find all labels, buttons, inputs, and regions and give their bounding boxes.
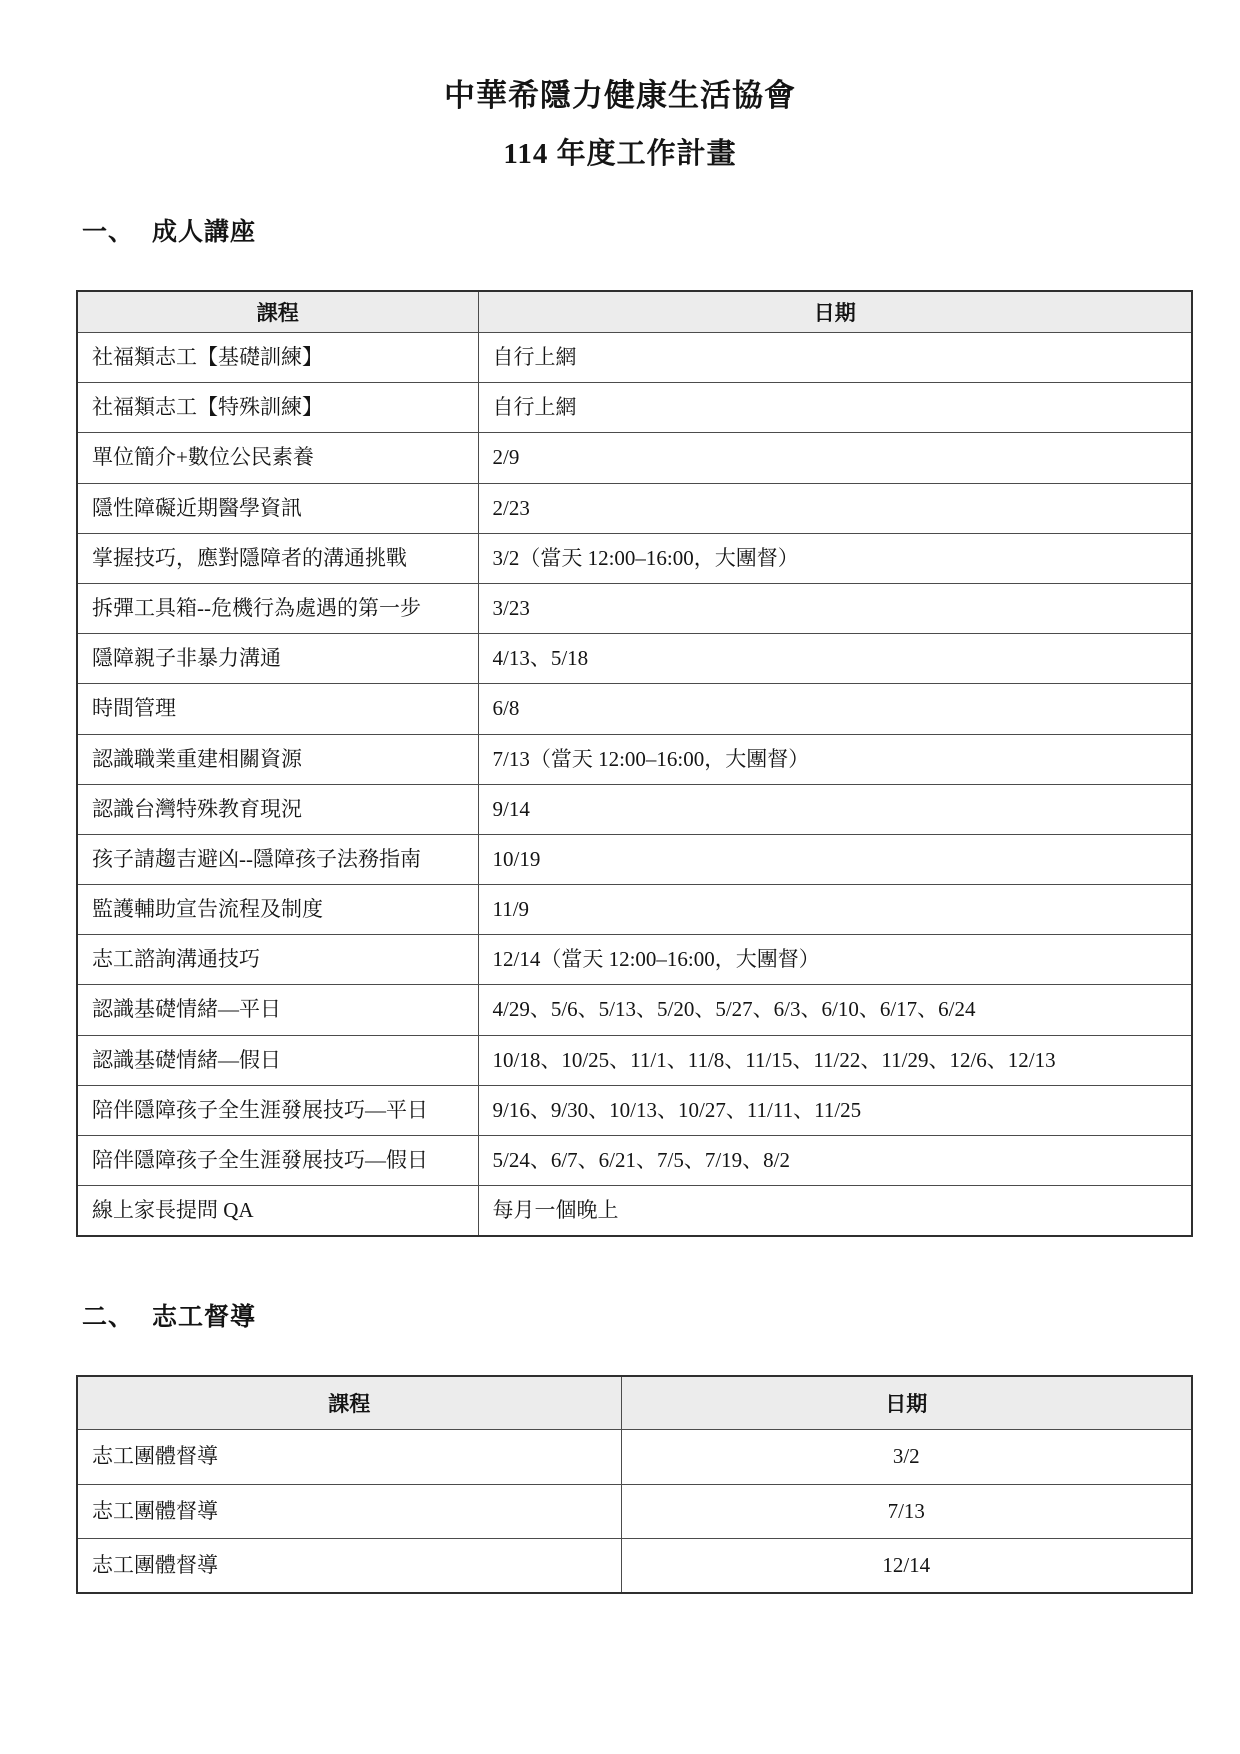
course-cell: 掌握技巧，應對隱障者的溝通挑戰 [77, 533, 478, 583]
table-row: 隱障親子非暴力溝通4/13、5/18 [77, 634, 1192, 684]
section-1-heading: 一、成人講座 [82, 212, 1240, 248]
table-header-row: 課程 日期 [77, 291, 1192, 333]
table-row: 認識職業重建相關資源7/13（當天 12:00–16:00，大團督） [77, 734, 1192, 784]
course-cell: 孩子請趨吉避凶--隱障孩子法務指南 [77, 834, 478, 884]
date-cell: 3/2 [621, 1430, 1192, 1484]
section-1-label: 成人講座 [152, 219, 256, 246]
date-column-header: 日期 [621, 1376, 1192, 1430]
course-cell: 時間管理 [77, 684, 478, 734]
date-cell: 自行上網 [478, 333, 1192, 383]
course-cell: 認識職業重建相關資源 [77, 734, 478, 784]
course-cell: 認識台灣特殊教育現況 [77, 784, 478, 834]
table-row: 單位簡介+數位公民素養2/9 [77, 433, 1192, 483]
date-cell: 12/14（當天 12:00–16:00，大團督） [478, 935, 1192, 985]
table-row: 志工諮詢溝通技巧12/14（當天 12:00–16:00，大團督） [77, 935, 1192, 985]
document-page: 中華希隱力健康生活協會 114 年度工作計畫 一、成人講座 課程 日期 社福類志… [0, 0, 1240, 1754]
course-column-header: 課程 [77, 291, 478, 333]
table-row: 志工團體督導12/14 [77, 1538, 1192, 1593]
date-cell: 10/19 [478, 834, 1192, 884]
table-row: 隱性障礙近期醫學資訊2/23 [77, 483, 1192, 533]
course-cell: 單位簡介+數位公民素養 [77, 433, 478, 483]
date-cell: 6/8 [478, 684, 1192, 734]
date-cell: 5/24、6/7、6/21、7/5、7/19、8/2 [478, 1136, 1192, 1186]
course-cell: 志工團體督導 [77, 1484, 621, 1538]
adult-lectures-table: 課程 日期 社福類志工【基礎訓練】自行上網社福類志工【特殊訓練】自行上網單位簡介… [76, 290, 1193, 1237]
date-column-header: 日期 [478, 291, 1192, 333]
date-cell: 12/14 [621, 1538, 1192, 1593]
table-row: 陪伴隱障孩子全生涯發展技巧—假日5/24、6/7、6/21、7/5、7/19、8… [77, 1136, 1192, 1186]
table-row: 掌握技巧，應對隱障者的溝通挑戰3/2（當天 12:00–16:00，大團督） [77, 533, 1192, 583]
date-cell: 2/9 [478, 433, 1192, 483]
date-cell: 7/13（當天 12:00–16:00，大團督） [478, 734, 1192, 784]
course-cell: 社福類志工【特殊訓練】 [77, 383, 478, 433]
course-cell: 陪伴隱障孩子全生涯發展技巧—假日 [77, 1136, 478, 1186]
course-cell: 志工團體督導 [77, 1538, 621, 1593]
course-cell: 拆彈工具箱--危機行為處遇的第一步 [77, 583, 478, 633]
course-cell: 監護輔助宣告流程及制度 [77, 885, 478, 935]
table-row: 社福類志工【特殊訓練】自行上網 [77, 383, 1192, 433]
course-cell: 隱性障礙近期醫學資訊 [77, 483, 478, 533]
date-cell: 2/23 [478, 483, 1192, 533]
table-row: 志工團體督導7/13 [77, 1484, 1192, 1538]
table-row: 時間管理6/8 [77, 684, 1192, 734]
section-2-heading: 二、志工督導 [82, 1297, 1240, 1333]
table-row: 陪伴隱障孩子全生涯發展技巧—平日9/16、9/30、10/13、10/27、11… [77, 1085, 1192, 1135]
date-cell: 11/9 [478, 885, 1192, 935]
table-header-row: 課程 日期 [77, 1376, 1192, 1430]
course-cell: 志工團體督導 [77, 1430, 621, 1484]
course-cell: 陪伴隱障孩子全生涯發展技巧—平日 [77, 1085, 478, 1135]
table-row: 拆彈工具箱--危機行為處遇的第一步3/23 [77, 583, 1192, 633]
table-row: 孩子請趨吉避凶--隱障孩子法務指南10/19 [77, 834, 1192, 884]
volunteer-supervision-table: 課程 日期 志工團體督導3/2志工團體督導7/13志工團體督導12/14 [76, 1375, 1193, 1594]
table-row: 線上家長提問 QA每月一個晚上 [77, 1186, 1192, 1237]
table-row: 認識基礎情緒—假日10/18、10/25、11/1、11/8、11/15、11/… [77, 1035, 1192, 1085]
date-cell: 9/14 [478, 784, 1192, 834]
course-cell: 認識基礎情緒—假日 [77, 1035, 478, 1085]
date-cell: 自行上網 [478, 383, 1192, 433]
table-row: 認識基礎情緒—平日4/29、5/6、5/13、5/20、5/27、6/3、6/1… [77, 985, 1192, 1035]
section-2-label: 志工督導 [152, 1304, 256, 1331]
section-2-number: 二、 [82, 1304, 134, 1331]
date-cell: 10/18、10/25、11/1、11/8、11/15、11/22、11/29、… [478, 1035, 1192, 1085]
date-cell: 9/16、9/30、10/13、10/27、11/11、11/25 [478, 1085, 1192, 1135]
table-row: 社福類志工【基礎訓練】自行上網 [77, 333, 1192, 383]
date-cell: 4/13、5/18 [478, 634, 1192, 684]
document-title: 中華希隱力健康生活協會 [0, 0, 1240, 115]
document-subtitle: 114 年度工作計畫 [0, 115, 1240, 172]
table-row: 監護輔助宣告流程及制度11/9 [77, 885, 1192, 935]
date-cell: 7/13 [621, 1484, 1192, 1538]
date-cell: 每月一個晚上 [478, 1186, 1192, 1237]
course-column-header: 課程 [77, 1376, 621, 1430]
date-cell: 3/2（當天 12:00–16:00，大團督） [478, 533, 1192, 583]
course-cell: 認識基礎情緒—平日 [77, 985, 478, 1035]
course-cell: 志工諮詢溝通技巧 [77, 935, 478, 985]
date-cell: 4/29、5/6、5/13、5/20、5/27、6/3、6/10、6/17、6/… [478, 985, 1192, 1035]
table-row: 志工團體督導3/2 [77, 1430, 1192, 1484]
section-1-number: 一、 [82, 219, 134, 246]
course-cell: 隱障親子非暴力溝通 [77, 634, 478, 684]
course-cell: 社福類志工【基礎訓練】 [77, 333, 478, 383]
date-cell: 3/23 [478, 583, 1192, 633]
table-row: 認識台灣特殊教育現況9/14 [77, 784, 1192, 834]
course-cell: 線上家長提問 QA [77, 1186, 478, 1237]
